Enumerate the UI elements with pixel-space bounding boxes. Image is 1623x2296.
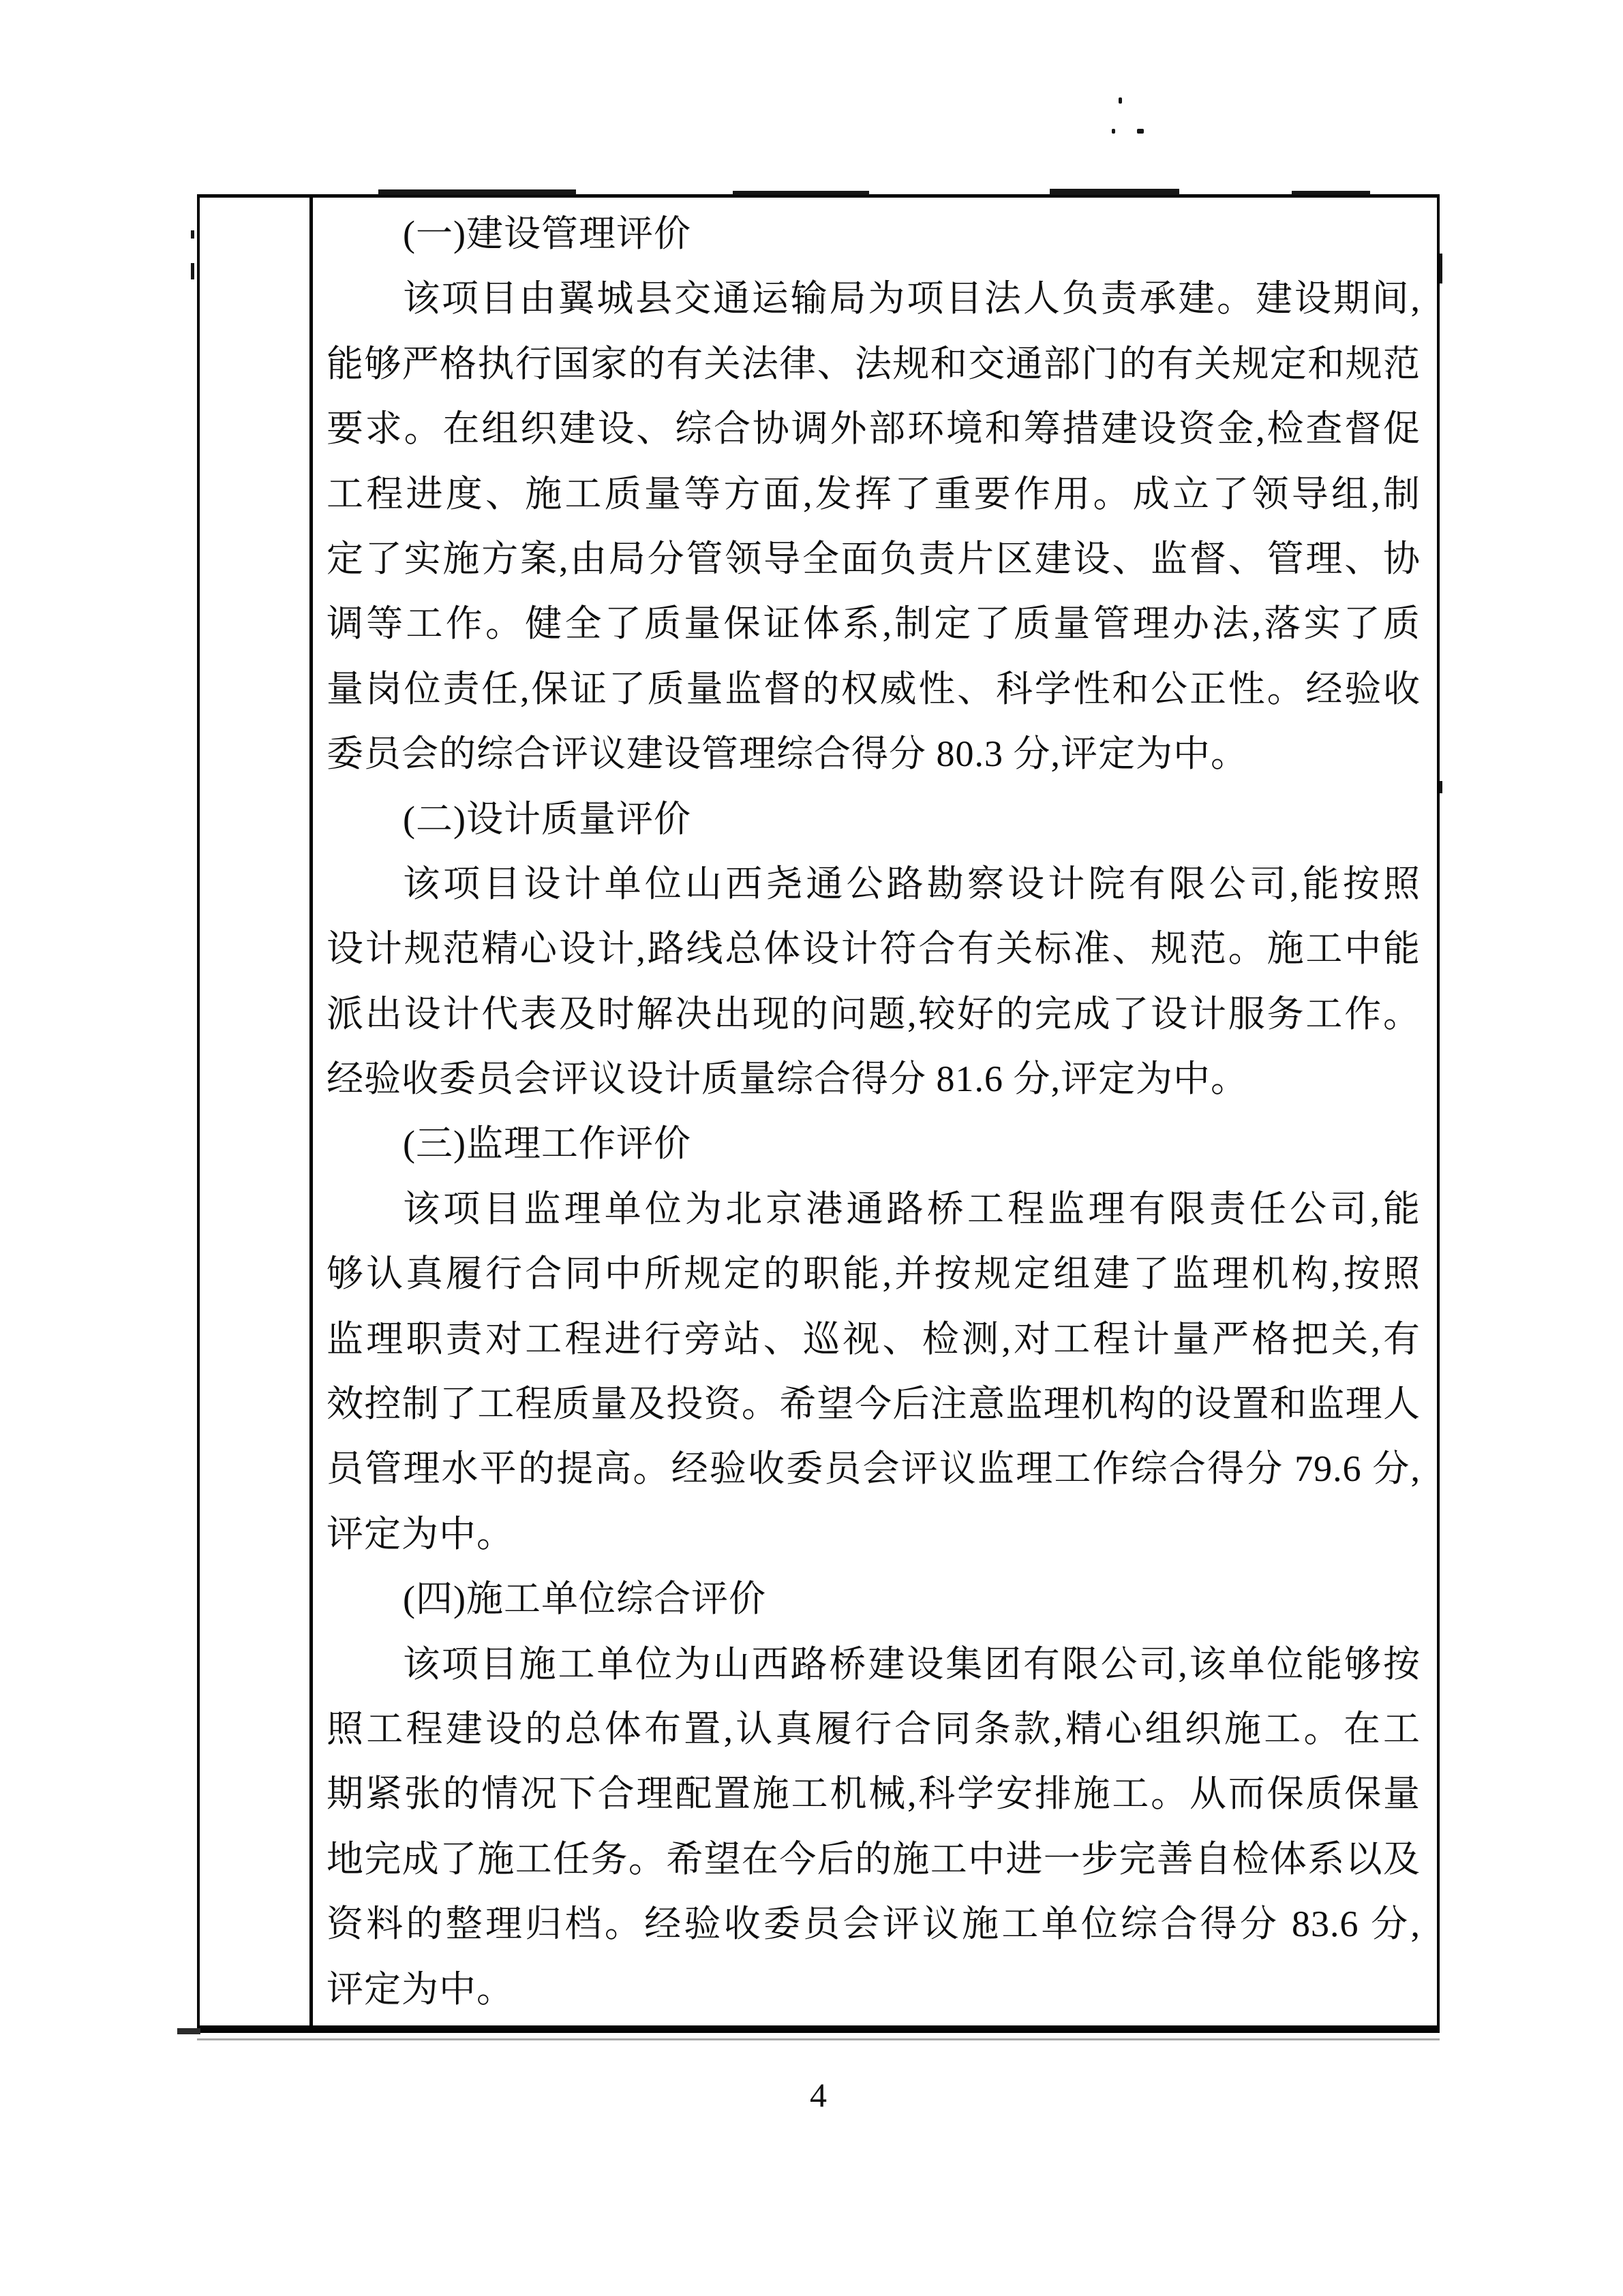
text-line: 该项目施工单位为山西路桥建设集团有限公司,该单位能够按 (327, 1632, 1421, 1697)
text-line: 资料的整理归档。经验收委员会评议施工单位综合得分 83.6 分, (327, 1892, 1421, 1957)
scan-smudge (1440, 254, 1442, 284)
text-line: 要求。在组织建设、综合协调外部环境和筹措建设资金,检查督促 (327, 397, 1421, 461)
text-line: 定了实施方案,由局分管领导全面负责片区建设、监督、管理、协 (327, 527, 1421, 592)
evaluation-table: (一)建设管理评价 该项目由翼城县交通运输局为项目法人负责承建。建设期间, 能够… (197, 194, 1440, 2033)
scan-smudge (1440, 781, 1442, 793)
table-stub-column (200, 198, 313, 2025)
text-line: 量岗位责任,保证了质量监督的权威性、科学性和公正性。经验收 (327, 657, 1421, 722)
scan-smudge (733, 191, 869, 195)
scan-speck (1137, 129, 1144, 134)
text-line: 该项目监理单位为北京港通路桥工程监理有限责任公司,能 (327, 1177, 1421, 1242)
text-line: 效控制了工程质量及投资。希望今后注意监理机构的设置和监理人 (327, 1372, 1421, 1437)
text-line: 期紧张的情况下合理配置施工机械,科学安排施工。从而保质保量 (327, 1762, 1421, 1826)
text-line: 设计规范精心设计,路线总体设计符合有关标准、规范。施工中能 (327, 917, 1421, 981)
section-heading: (三)监理工作评价 (327, 1112, 1421, 1176)
text-line: 派出设计代表及时解决出现的问题,较好的完成了设计服务工作。 (327, 982, 1421, 1047)
scan-smudge (191, 263, 194, 279)
text-line: 该项目由翼城县交通运输局为项目法人负责承建。建设期间, (327, 266, 1421, 331)
section-heading: (一)建设管理评价 (327, 202, 1421, 266)
text-line: 监理职责对工程进行旁站、巡视、检测,对工程计量严格把关,有 (327, 1307, 1421, 1372)
scan-smudge (1292, 191, 1370, 195)
scan-smudge (197, 2038, 1440, 2040)
text-line: 评定为中。 (327, 1502, 1421, 1567)
scan-speck (1119, 97, 1122, 104)
scan-smudge (177, 2028, 200, 2034)
text-line: 委员会的综合评议建设管理综合得分 80.3 分,评定为中。 (327, 722, 1421, 786)
section-heading: (二)设计质量评价 (327, 787, 1421, 852)
scan-smudge (1050, 189, 1179, 195)
text-line: 经验收委员会评议设计质量综合得分 81.6 分,评定为中。 (327, 1047, 1421, 1112)
text-line: 能够严格执行国家的有关法律、法规和交通部门的有关规定和规范 (327, 332, 1421, 397)
text-line: 评定为中。 (327, 1957, 1421, 2022)
text-line: 地完成了施工任务。希望在今后的施工中进一步完善自检体系以及 (327, 1827, 1421, 1892)
section-heading: (四)施工单位综合评价 (327, 1567, 1421, 1632)
scan-smudge (378, 189, 576, 195)
scanned-document-page: (一)建设管理评价 该项目由翼城县交通运输局为项目法人负责承建。建设期间, 能够… (0, 0, 1623, 2296)
text-line: 员管理水平的提高。经验收委员会评议监理工作综合得分 79.6 分, (327, 1437, 1421, 1501)
text-line: 照工程建设的总体布置,认真履行合同条款,精心组织施工。在工 (327, 1697, 1421, 1762)
scan-speck (1112, 129, 1115, 134)
page-number: 4 (197, 2076, 1440, 2114)
text-line: 该项目设计单位山西尧通公路勘察设计院有限公司,能按照 (327, 852, 1421, 917)
text-line: 够认真履行合同中所规定的职能,并按规定组建了监理机构,按照 (327, 1242, 1421, 1306)
text-line: 调等工作。健全了质量保证体系,制定了质量管理办法,落实了质 (327, 592, 1421, 656)
text-line: 工程进度、施工质量等方面,发挥了重要作用。成立了领导组,制 (327, 462, 1421, 527)
scan-smudge (191, 230, 194, 239)
table-content-cell: (一)建设管理评价 该项目由翼城县交通运输局为项目法人负责承建。建设期间, 能够… (313, 198, 1437, 2025)
